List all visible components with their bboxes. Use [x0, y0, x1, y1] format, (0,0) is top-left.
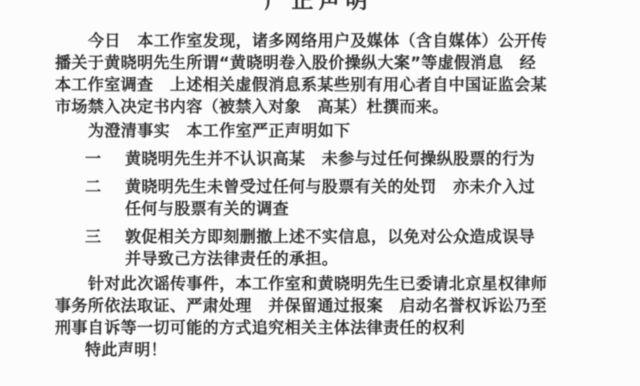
paragraph1-line: 播关于黄晓明先生所谓“黄晓明卷入股价操纵大案”等虚假消息 经 [55, 52, 582, 74]
list-item-text: 黄晓明先生并不认识高某 未参与过任何操纵股票的行为 [125, 149, 535, 168]
paragraph3-line: 针对此次谣传事件，本工作室和黄晓明先生已委请北京星权律师 [55, 273, 582, 295]
list-item-number: 二 [85, 176, 125, 198]
paragraph3-line: 刑事自诉等一切可能的方式追究相关主体法律责任的权利 [55, 317, 582, 339]
list-item-2: 二黄晓明先生未曾受过任何与股票有关的处罚 亦未介入过 [55, 176, 582, 198]
list-item-3-continuation: 并导致己方法律责任的承担。 [55, 248, 582, 270]
list-item-2-continuation: 任何与股票有关的调查 [55, 198, 582, 220]
statement-content: 严正声明 今日 本工作室发现，诸多网络用户及媒体（含自媒体）公开传 播关于黄晓明… [55, 0, 582, 361]
paragraph1-line: 市场禁入决定书内容（被禁入对象 高某）杜撰而来。 [55, 96, 582, 118]
list-item-1: 一黄晓明先生并不认识高某 未参与过任何操纵股票的行为 [55, 148, 582, 170]
statement-body: 今日 本工作室发现，诸多网络用户及媒体（含自媒体）公开传 播关于黄晓明先生所谓“… [55, 30, 582, 361]
list-item-number: 三 [85, 226, 125, 248]
list-item-3: 三敦促相关方即刻删撤上述不实信息，以免对公众造成误导 [55, 226, 582, 248]
paragraph2-leadin: 为澄清事实 本工作室严正声明如下 [55, 120, 582, 142]
paragraph1-line: 今日 本工作室发现，诸多网络用户及媒体（含自媒体）公开传 [55, 30, 582, 52]
statement-title: 严正声明 [55, 0, 582, 13]
paragraph3-line: 事务所依法取证、严肃处理 并保留通过报案 启动名誉权诉讼乃至 [55, 295, 582, 317]
statement-document: 严正声明 今日 本工作室发现，诸多网络用户及媒体（含自媒体）公开传 播关于黄晓明… [0, 0, 640, 386]
list-item-text: 敦促相关方即刻删撤上述不实信息，以免对公众造成误导 [125, 227, 535, 246]
list-item-text: 黄晓明先生未曾受过任何与股票有关的处罚 亦未介入过 [125, 177, 535, 196]
list-item-number: 一 [85, 148, 125, 170]
paragraph1-line: 本工作室调查 上述相关虚假消息系某些别有用心者自中国证监会某 [55, 74, 582, 96]
closing-line: 特此声明！ [55, 339, 582, 361]
